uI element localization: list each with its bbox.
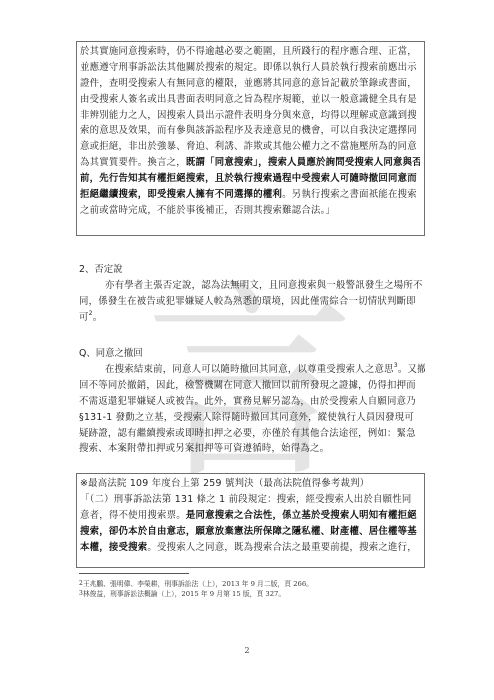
text-line: 意者，得不使用搜索票。是同意搜索之合法性，係立基於受搜索人明知有權拒絕 bbox=[80, 508, 420, 524]
text-line: 於其實施同意搜索時，仍不得逾越必要之範圍，且所踐行的程序應合理、正當， bbox=[80, 44, 420, 60]
case-citation-box: ※最高法院 109 年度台上第 259 號判決（最高法院值得參考裁判）「（二）刑… bbox=[76, 473, 425, 568]
bold-text: 拒絕繼續搜索，即受搜索人擁有不同選擇的權利 bbox=[80, 189, 282, 200]
text-line: 同，係發生在被告或犯罪嫌疑人較為熟悉的環境，因此僅需綜合一切情狀判斷即 bbox=[79, 294, 425, 310]
text: 疑跡證，認有繼續搜索或即時扣押之必要，亦僅於有其他合法途徑，例如：緊急 bbox=[79, 428, 416, 439]
text-line: 意或拒絕，非出於強暴、脅迫、利誘、詐欺或其他公權力之不當施壓所為的同意 bbox=[80, 139, 420, 155]
footnote-3: 3林俊益，刑事訴訟法概論（上），2015 年 9 月第 15 版，頁 327。 bbox=[79, 590, 285, 599]
footnote-divider bbox=[79, 573, 189, 574]
text-line: 並應遵守刑事訴訟法其他關於搜索的規定。即係以執行人員於執行搜索前應出示 bbox=[80, 60, 420, 76]
text-line: ※最高法院 109 年度台上第 259 號判決（最高法院值得參考裁判） bbox=[80, 476, 420, 492]
text-line: §131-1 發動之立基，受搜索人除得隨時撤回其同意外，縱使執行人員因發現可 bbox=[79, 410, 425, 426]
text: 同，係發生在被告或犯罪嫌疑人較為熟悉的環境，因此僅需綜合一切情狀判斷即 bbox=[79, 296, 416, 307]
text: 非辨別能力之人，因搜索人員出示證件表明身分與來意，均得以理解或意識到搜 bbox=[80, 110, 417, 121]
text-line: 證件，查明受搜索人有無同意的權限，並應將其同意的意旨記載於筆錄或書面， bbox=[80, 76, 420, 92]
section-heading: 2、否定說 bbox=[79, 262, 425, 278]
text-line: 之前或當時完成，不能於事後補正，否則其搜索難認合法。」 bbox=[80, 203, 420, 219]
section-heading: Q、同意之撤回 bbox=[79, 346, 425, 362]
text: 搜索、本案附帶扣押或另案扣押等可資遵循時，始得為之。 bbox=[79, 443, 329, 454]
text: 。又撤 bbox=[398, 364, 425, 375]
text: 意或拒絕，非出於強暴、脅迫、利誘、詐欺或其他公權力之不當施壓所為的同意 bbox=[80, 141, 417, 152]
text-line: 非辨別能力之人，因搜索人員出示證件表明身分與來意，均得以理解或意識到搜 bbox=[80, 108, 420, 124]
page-number: 2 bbox=[0, 646, 494, 655]
text: 可 bbox=[79, 312, 89, 323]
text: 。 bbox=[93, 312, 103, 323]
text-line: 疑跡證，認有繼續搜索或即時扣押之必要，亦僅於有其他合法途徑，例如：緊急 bbox=[79, 426, 425, 442]
text-line: 可2。 bbox=[79, 310, 425, 326]
text-line: 由受搜索人簽名或出具書面表明同意之旨為程序規範，並以一般意識健全具有是 bbox=[80, 92, 420, 108]
text-line: 回不等同於撤銷，因此，檢警機關在同意人撤回以前所發現之證據，仍得扣押而 bbox=[79, 378, 425, 394]
text-line: 搜索、本案附帶扣押或另案扣押等可資遵循時，始得為之。 bbox=[79, 441, 425, 457]
bold-text: 搜索，卻仍本於自由意志，願意放棄憲法所保障之隱私權、財產權、居住權等基 bbox=[80, 526, 417, 537]
text: 亦有學者主張否定說，認為法無明文，且同意搜索與一般警訊發生之場所不 bbox=[105, 280, 423, 291]
text: 為其實質要件。換言之， bbox=[80, 157, 186, 168]
text: 並應遵守刑事訴訟法其他關於搜索的規定。即係以執行人員於執行搜索前應出示 bbox=[80, 62, 417, 73]
text: §131-1 發動之立基，受搜索人除得隨時撤回其同意外，縱使執行人員因發現可 bbox=[79, 412, 414, 423]
quote-box: 於其實施同意搜索時，仍不得逾越必要之範圍，且所踐行的程序應合理、正當，並應遵守刑… bbox=[76, 41, 425, 236]
text: 。另執行搜索之書面祇能在搜索 bbox=[282, 189, 417, 200]
bold-text: 是同意搜索之合法性，係立基於受搜索人明知有權拒絕 bbox=[186, 510, 417, 521]
text: 於其實施同意搜索時，仍不得逾越必要之範圍，且所踐行的程序應合理、正當， bbox=[80, 46, 417, 57]
bold-text: 前，先行告知其有權拒絕搜索，且於執行搜索過程中受搜索人可隨時撤回同意而 bbox=[80, 173, 417, 184]
text-line: 本權，接受搜索。受搜索人之同意，既為搜索合法之最重要前提，搜索之進行， bbox=[80, 540, 420, 556]
section-body: 在搜索結束前，同意人可以隨時撤回其同意，以尊重受搜索人之意思3。又撤回不等同於撤… bbox=[79, 362, 425, 457]
section-body: 亦有學者主張否定說，認為法無明文，且同意搜索與一般警訊發生之場所不同，係發生在被… bbox=[79, 278, 425, 326]
text-line: 拒絕繼續搜索，即受搜索人擁有不同選擇的權利。另執行搜索之書面祇能在搜索 bbox=[80, 187, 420, 203]
text: 在搜索結束前，同意人可以隨時撤回其同意，以尊重受搜索人之意思 bbox=[105, 364, 394, 375]
text: 索的意思及效果，而有參與該訴訟程序及表達意見的機會，可以自我決定選擇同 bbox=[80, 125, 417, 136]
text: 「（二）刑事訴訟法第 131 條之 1 前段規定：搜索，經受搜索人出於自願性同 bbox=[80, 494, 411, 505]
footnote-2: 2王兆鵬、張明偉、李榮耕，刑事訴訟法（上），2013 年 9 月二版，頁 266… bbox=[79, 580, 313, 589]
text: 由受搜索人簽名或出具書面表明同意之旨為程序規範，並以一般意識健全具有是 bbox=[80, 94, 417, 105]
bold-text: 既謂「同意搜索」，搜索人員應於詢問受搜索人同意與否 bbox=[186, 157, 420, 168]
text: 意者，得不使用搜索票。 bbox=[80, 510, 186, 521]
bold-text: 本權，接受搜索 bbox=[80, 542, 147, 553]
text-line: 為其實質要件。換言之，既謂「同意搜索」，搜索人員應於詢問受搜索人同意與否 bbox=[80, 155, 420, 171]
text-line: 不需返還犯罪嫌疑人或被告。此外，實務見解另認為，由於受搜索人自願同意乃 bbox=[79, 394, 425, 410]
text: 不需返還犯罪嫌疑人或被告。此外，實務見解另認為，由於受搜索人自願同意乃 bbox=[79, 396, 416, 407]
text-line: 搜索，卻仍本於自由意志，願意放棄憲法所保障之隱私權、財產權、居住權等基 bbox=[80, 524, 420, 540]
text: 回不等同於撤銷，因此，檢警機關在同意人撤回以前所發現之證據，仍得扣押而 bbox=[79, 380, 416, 391]
text-line: 亦有學者主張否定說，認為法無明文，且同意搜索與一般警訊發生之場所不 bbox=[79, 278, 425, 294]
text-line: 索的意思及效果，而有參與該訴訟程序及表達意見的機會，可以自我決定選擇同 bbox=[80, 123, 420, 139]
section-withdrawal-of-consent: Q、同意之撤回 在搜索結束前，同意人可以隨時撤回其同意，以尊重受搜索人之意思3。… bbox=[79, 346, 425, 457]
text: 。受搜索人之同意，既為搜索合法之最重要前提，搜索之進行， bbox=[147, 542, 417, 553]
text: 證件，查明受搜索人有無同意的權限，並應將其同意的意旨記載於筆錄或書面， bbox=[80, 78, 417, 89]
section-negative-theory: 2、否定說 亦有學者主張否定說，認為法無明文，且同意搜索與一般警訊發生之場所不同… bbox=[79, 262, 425, 326]
text-line: 前，先行告知其有權拒絕搜索，且於執行搜索過程中受搜索人可隨時撤回同意而 bbox=[80, 171, 420, 187]
text-line: 在搜索結束前，同意人可以隨時撤回其同意，以尊重受搜索人之意思3。又撤 bbox=[79, 362, 425, 378]
text: 之前或當時完成，不能於事後補正，否則其搜索難認合法。」 bbox=[80, 205, 335, 216]
text: ※最高法院 109 年度台上第 259 號判決（最高法院值得參考裁判） bbox=[80, 478, 369, 489]
text-line: 「（二）刑事訴訟法第 131 條之 1 前段規定：搜索，經受搜索人出於自願性同 bbox=[80, 492, 420, 508]
